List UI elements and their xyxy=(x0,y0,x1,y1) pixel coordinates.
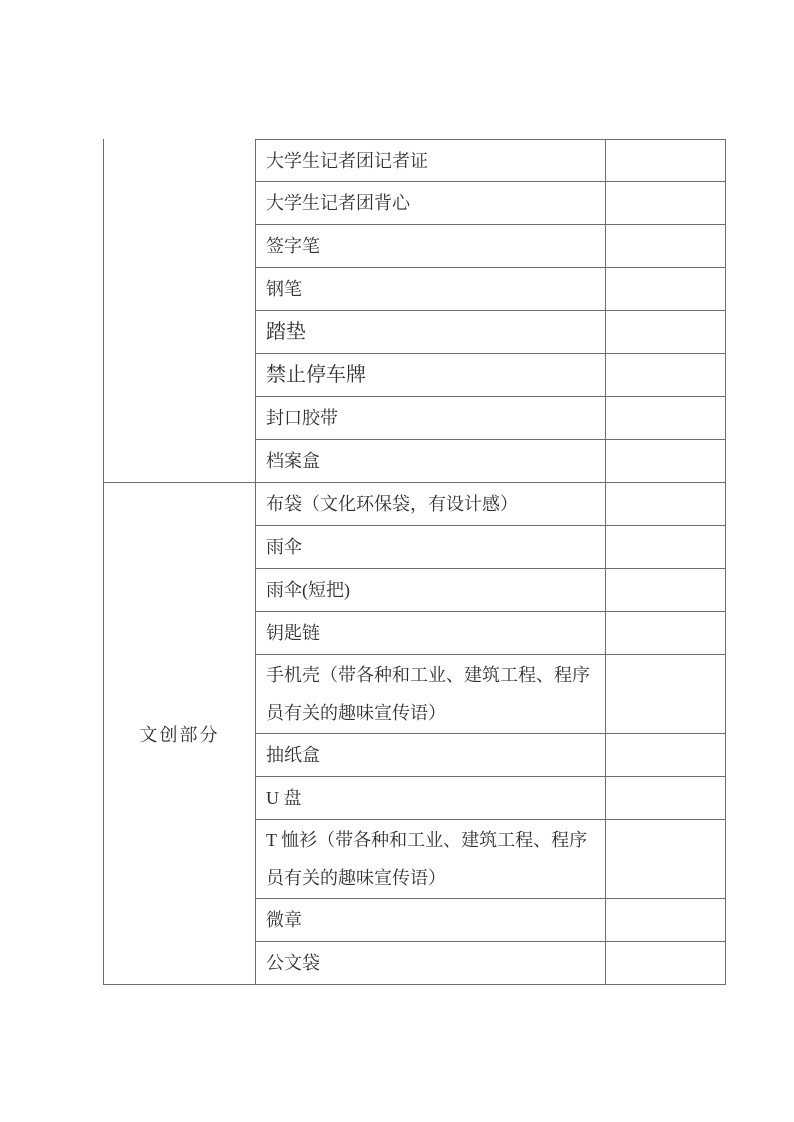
item-name-cell: 踏垫 xyxy=(255,311,605,354)
item-name-label: 封口胶带 xyxy=(266,399,338,437)
item-name-label: 布袋（文化环保袋，有设计感） xyxy=(266,485,518,523)
item-name-cell: 雨伞(短把) xyxy=(255,569,605,612)
item-name-cell: 大学生记者团记者证 xyxy=(255,139,605,182)
table-row: U 盘 xyxy=(255,777,726,820)
item-name-cell: 雨伞 xyxy=(255,526,605,569)
item-name-cell: 微章 xyxy=(255,899,605,942)
table-row: 微章 xyxy=(255,899,726,942)
item-name-cell: 抽纸盒 xyxy=(255,734,605,777)
document-page: 大学生记者团记者证大学生记者团背心签字笔钢笔踏垫禁止停车牌封口胶带档案盒文创部分… xyxy=(0,0,794,1122)
item-value-cell xyxy=(605,225,726,268)
item-name-label: 钢笔 xyxy=(266,270,302,308)
table-row: 封口胶带 xyxy=(255,397,726,440)
table-row: 雨伞(短把) xyxy=(255,569,726,612)
items-column: 布袋（文化环保袋，有设计感）雨伞雨伞(短把)钥匙链手机壳（带各种和工业、建筑工程… xyxy=(255,483,726,985)
item-name-label: 档案盒 xyxy=(266,442,320,480)
table-row: 大学生记者团背心 xyxy=(255,182,726,225)
table-row: 公文袋 xyxy=(255,942,726,985)
item-name-cell: 手机壳（带各种和工业、建筑工程、程序员有关的趣味宣传语） xyxy=(255,655,605,734)
item-value-cell xyxy=(605,655,726,734)
item-name-label: 公文袋 xyxy=(266,944,320,982)
table-row: 钢笔 xyxy=(255,268,726,311)
item-name-label: 签字笔 xyxy=(266,227,320,265)
item-value-cell xyxy=(605,526,726,569)
item-value-cell xyxy=(605,569,726,612)
item-name-cell: 大学生记者团背心 xyxy=(255,182,605,225)
category-cell: 文创部分 xyxy=(103,483,255,985)
table-section: 大学生记者团记者证大学生记者团背心签字笔钢笔踏垫禁止停车牌封口胶带档案盒 xyxy=(103,139,726,483)
item-name-cell: 封口胶带 xyxy=(255,397,605,440)
item-name-cell: 档案盒 xyxy=(255,440,605,483)
item-name-cell: 公文袋 xyxy=(255,942,605,985)
item-value-cell xyxy=(605,942,726,985)
item-value-cell xyxy=(605,311,726,354)
item-name-label: 雨伞 xyxy=(266,528,302,566)
item-name-label: 手机壳（带各种和工业、建筑工程、程序员有关的趣味宣传语） xyxy=(266,656,599,732)
item-value-cell xyxy=(605,354,726,397)
item-name-label: 禁止停车牌 xyxy=(266,356,366,394)
category-label: 文创部分 xyxy=(140,721,220,747)
item-name-label: 钥匙链 xyxy=(266,614,320,652)
item-value-cell xyxy=(605,899,726,942)
item-name-cell: 禁止停车牌 xyxy=(255,354,605,397)
category-cell xyxy=(103,139,255,483)
item-value-cell xyxy=(605,734,726,777)
table-row: 钥匙链 xyxy=(255,612,726,655)
item-name-label: 踏垫 xyxy=(266,313,306,351)
supplies-table: 大学生记者团记者证大学生记者团背心签字笔钢笔踏垫禁止停车牌封口胶带档案盒文创部分… xyxy=(103,139,726,985)
item-name-label: 抽纸盒 xyxy=(266,736,320,774)
table-row: 签字笔 xyxy=(255,225,726,268)
table-row: 禁止停车牌 xyxy=(255,354,726,397)
item-name-label: 微章 xyxy=(266,901,302,939)
table-row: 档案盒 xyxy=(255,440,726,483)
item-name-label: U 盘 xyxy=(266,779,302,817)
item-value-cell xyxy=(605,777,726,820)
item-name-cell: U 盘 xyxy=(255,777,605,820)
table-row: 雨伞 xyxy=(255,526,726,569)
item-value-cell xyxy=(605,820,726,899)
items-column: 大学生记者团记者证大学生记者团背心签字笔钢笔踏垫禁止停车牌封口胶带档案盒 xyxy=(255,139,726,483)
item-value-cell xyxy=(605,483,726,526)
item-name-cell: 钥匙链 xyxy=(255,612,605,655)
item-value-cell xyxy=(605,182,726,225)
table-row: 抽纸盒 xyxy=(255,734,726,777)
item-name-cell: 布袋（文化环保袋，有设计感） xyxy=(255,483,605,526)
table-row: 大学生记者团记者证 xyxy=(255,139,726,182)
item-name-label: 大学生记者团记者证 xyxy=(266,142,428,180)
table-row: T 恤衫（带各种和工业、建筑工程、程序员有关的趣味宣传语） xyxy=(255,820,726,899)
table-section: 文创部分布袋（文化环保袋，有设计感）雨伞雨伞(短把)钥匙链手机壳（带各种和工业、… xyxy=(103,483,726,985)
item-name-cell: 钢笔 xyxy=(255,268,605,311)
item-value-cell xyxy=(605,268,726,311)
item-value-cell xyxy=(605,612,726,655)
item-name-label: 雨伞(短把) xyxy=(266,571,350,609)
item-name-cell: T 恤衫（带各种和工业、建筑工程、程序员有关的趣味宣传语） xyxy=(255,820,605,899)
table-row: 踏垫 xyxy=(255,311,726,354)
item-name-label: 大学生记者团背心 xyxy=(266,184,410,222)
item-value-cell xyxy=(605,139,726,182)
table-row: 布袋（文化环保袋，有设计感） xyxy=(255,483,726,526)
item-value-cell xyxy=(605,440,726,483)
table-row: 手机壳（带各种和工业、建筑工程、程序员有关的趣味宣传语） xyxy=(255,655,726,734)
item-name-label: T 恤衫（带各种和工业、建筑工程、程序员有关的趣味宣传语） xyxy=(266,821,599,897)
item-value-cell xyxy=(605,397,726,440)
item-name-cell: 签字笔 xyxy=(255,225,605,268)
